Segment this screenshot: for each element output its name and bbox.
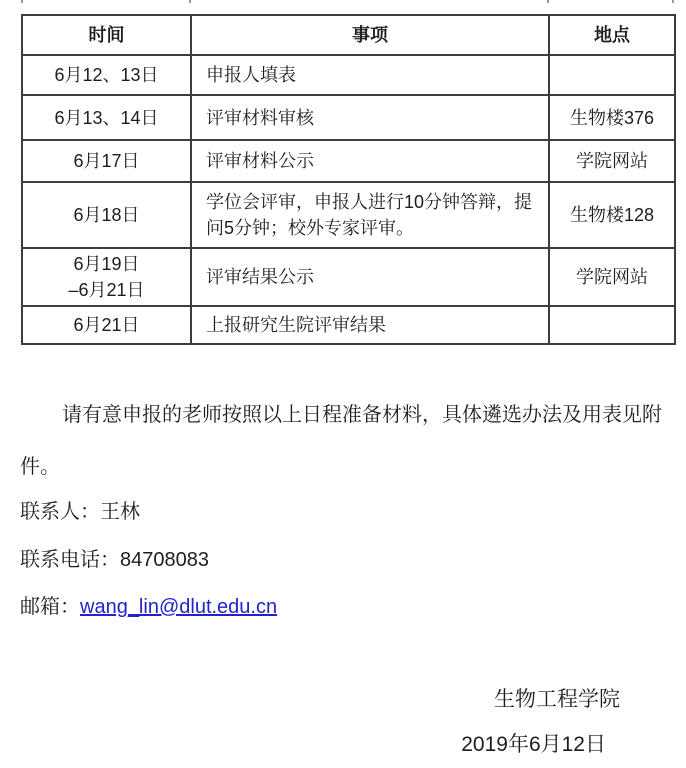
time-cell: 6月21日 [22, 306, 191, 344]
cropped-table-remnant [189, 0, 191, 3]
item-cell: 上报研究生院评审结果 [191, 306, 549, 344]
cropped-table-remnant [672, 0, 674, 3]
cropped-table-remnant [547, 0, 549, 3]
contact-phone-line: 联系电话：84708083 [20, 546, 620, 574]
cropped-table-remnant [21, 0, 23, 3]
place-cell: 生物楼128 [549, 182, 675, 248]
contact-person-line: 联系人：王林 [20, 498, 620, 526]
table-row: 6月12、13日 申报人填表 [22, 55, 675, 95]
col-header-time: 时间 [22, 15, 191, 55]
email-link[interactable]: wang_lin@dlut.edu.cn [80, 596, 277, 618]
time-cell: 6月12、13日 [22, 55, 191, 95]
place-cell: 生物楼376 [549, 95, 675, 140]
item-cell: 评审结果公示 [191, 248, 549, 306]
item-cell: 评审材料审核 [191, 95, 549, 140]
item-cell: 学位会评审，申报人进行10分钟答辩，提问5分钟；校外专家评审。 [191, 182, 549, 248]
col-header-item: 事项 [191, 15, 549, 55]
schedule-table: 时间 事项 地点 6月12、13日 申报人填表 6月13、14日 评审材料审核 … [21, 14, 676, 345]
notice-paragraph: 请有意申报的老师按照以上日程准备材料，具体遴选办法及用表见附件。 [20, 389, 664, 493]
time-cell: 6月18日 [22, 182, 191, 248]
table-row: 6月18日 学位会评审，申报人进行10分钟答辩，提问5分钟；校外专家评审。 生物… [22, 182, 675, 248]
table-row: 6月13、14日 评审材料审核 生物楼376 [22, 95, 675, 140]
table-row: 6月21日 上报研究生院评审结果 [22, 306, 675, 344]
item-cell: 申报人填表 [191, 55, 549, 95]
email-label: 邮箱： [20, 596, 80, 618]
col-header-place: 地点 [549, 15, 675, 55]
time-cell: 6月19日 –6月21日 [22, 248, 191, 306]
table-row: 6月17日 评审材料公示 学院网站 [22, 140, 675, 182]
time-cell: 6月13、14日 [22, 95, 191, 140]
place-cell [549, 306, 675, 344]
table-row: 6月19日 –6月21日 评审结果公示 学院网站 [22, 248, 675, 306]
place-cell: 学院网站 [549, 140, 675, 182]
contact-email-line: 邮箱：wang_lin@dlut.edu.cn [20, 593, 620, 621]
document-page: 时间 事项 地点 6月12、13日 申报人填表 6月13、14日 评审材料审核 … [0, 0, 686, 768]
item-cell: 评审材料公示 [191, 140, 549, 182]
table-header-row: 时间 事项 地点 [22, 15, 675, 55]
signature-date: 2019年6月12日 [0, 731, 686, 759]
place-cell [549, 55, 675, 95]
place-cell: 学院网站 [549, 248, 675, 306]
signature-org: 生物工程学院 [0, 686, 686, 714]
time-cell: 6月17日 [22, 140, 191, 182]
